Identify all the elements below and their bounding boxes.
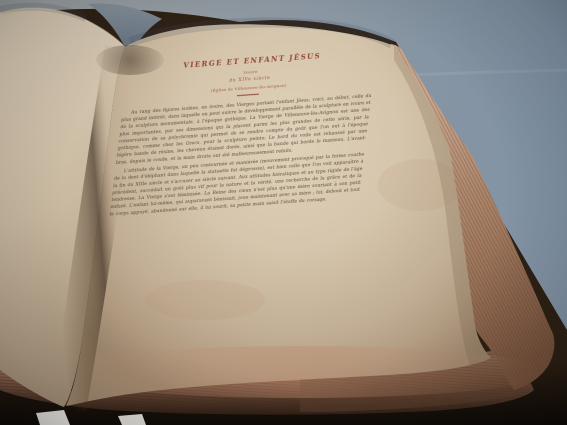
page-stain xyxy=(145,280,265,320)
printed-page-text: VIERGE ET ENFANT JÉSUS Ivoire du XIVe si… xyxy=(109,47,378,221)
photo-open-book: VIERGE ET ENFANT JÉSUS Ivoire du XIVe si… xyxy=(0,0,567,425)
chapter-rule xyxy=(237,94,259,97)
page-bottom-tint xyxy=(50,346,550,398)
page-stain xyxy=(378,159,462,211)
